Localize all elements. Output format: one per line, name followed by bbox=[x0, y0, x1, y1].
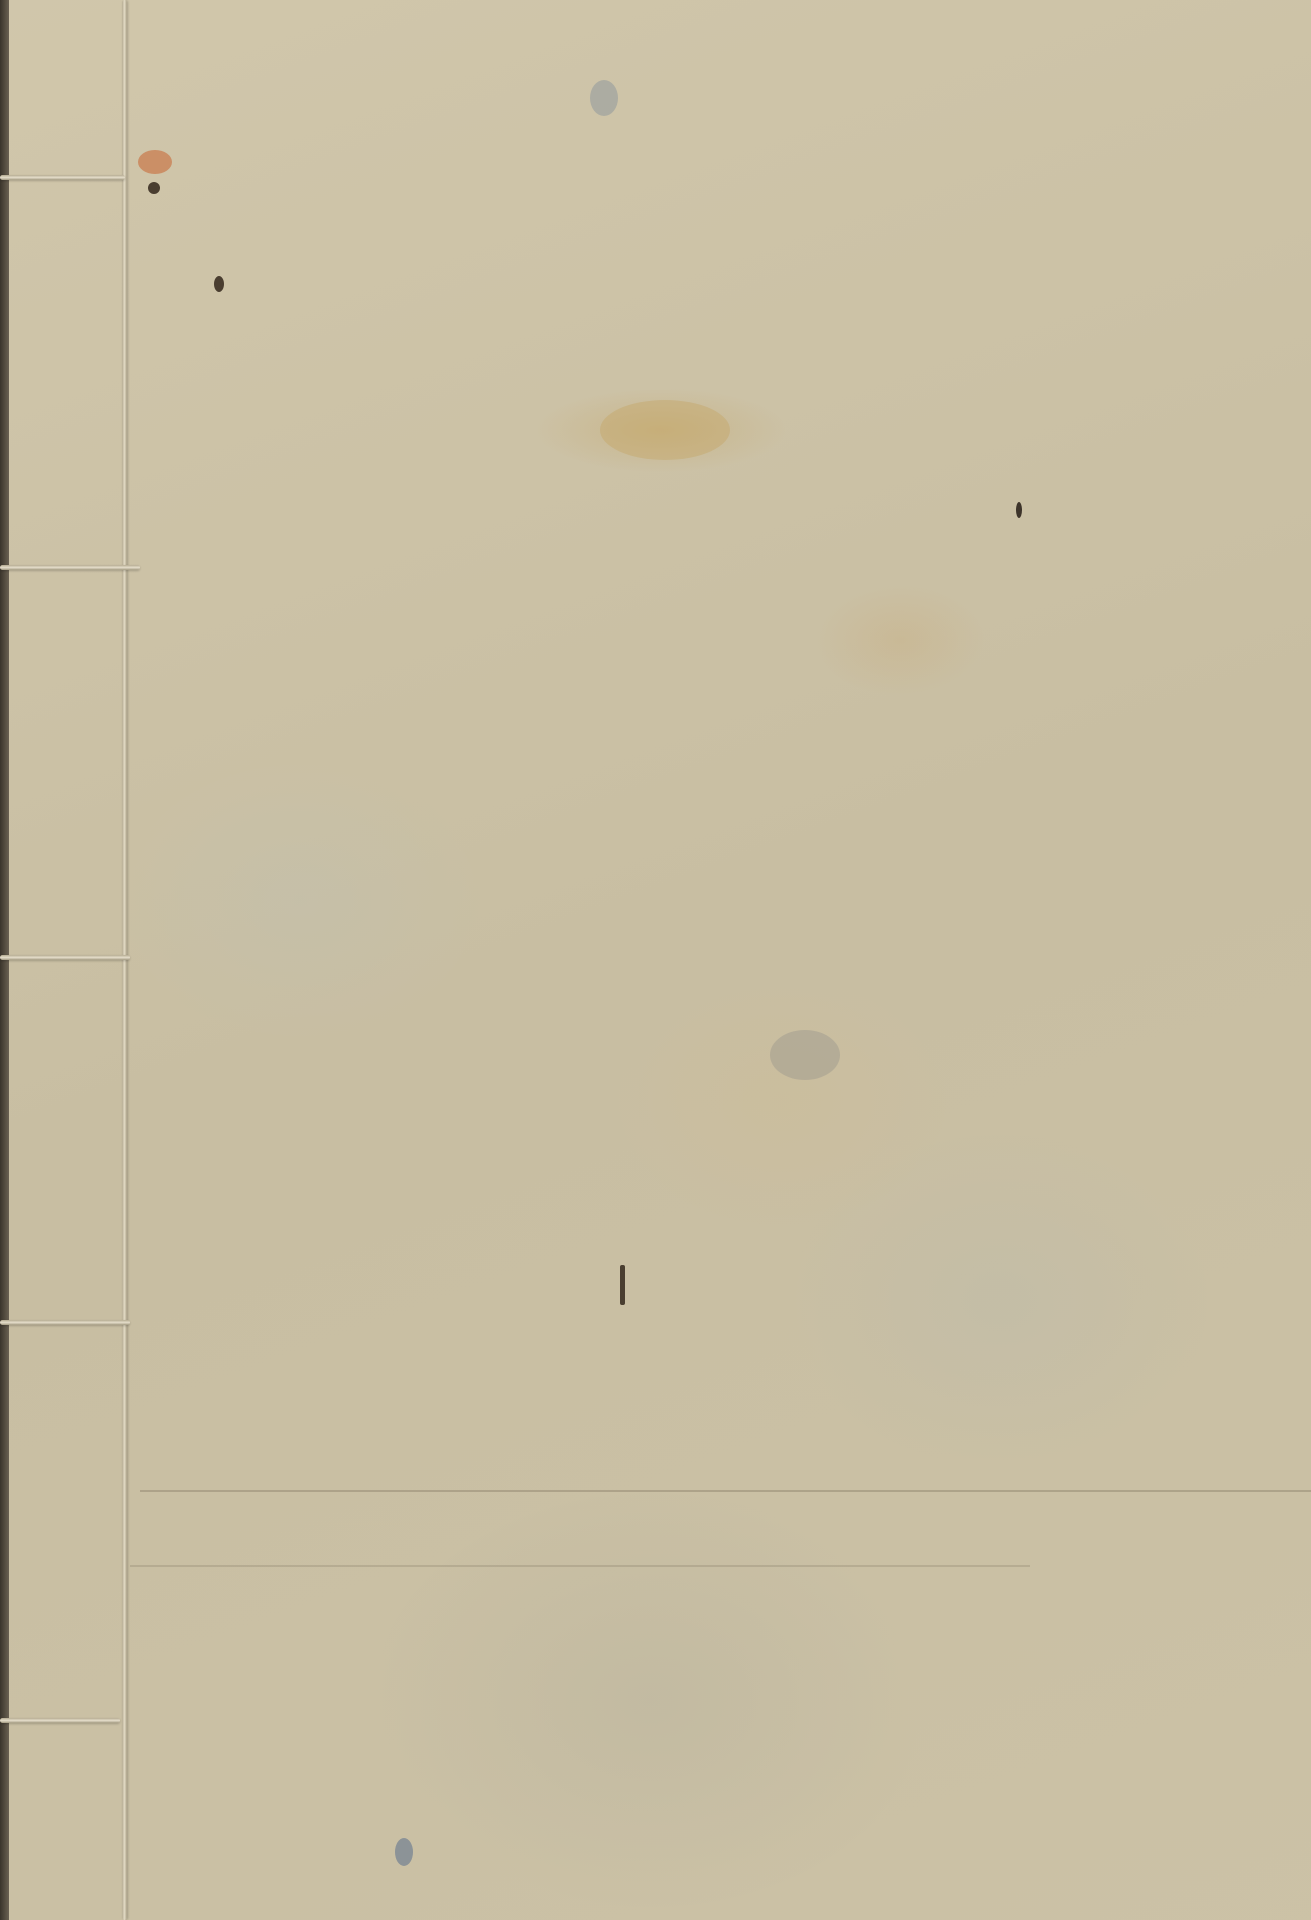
smudge bbox=[770, 1030, 840, 1080]
binding-stitch bbox=[0, 1718, 120, 1723]
binding-thread-vertical bbox=[122, 0, 127, 1920]
book-cover bbox=[0, 0, 1311, 1920]
paper-crease bbox=[130, 1565, 1030, 1567]
ochre-stain bbox=[600, 400, 730, 460]
binding-stitch bbox=[0, 955, 130, 960]
blue-spot bbox=[590, 80, 618, 116]
paper-crease bbox=[140, 1490, 1311, 1492]
ink-mark bbox=[620, 1265, 625, 1305]
blue-spot bbox=[395, 1838, 413, 1866]
ink-spot bbox=[148, 182, 160, 194]
ink-spot bbox=[1016, 502, 1022, 518]
rust-stain bbox=[138, 150, 172, 174]
binding-stitch bbox=[0, 175, 125, 180]
spine-edge bbox=[0, 0, 9, 1920]
binding-stitch bbox=[0, 1320, 130, 1325]
ink-spot bbox=[214, 276, 224, 292]
binding-stitch bbox=[0, 565, 140, 570]
